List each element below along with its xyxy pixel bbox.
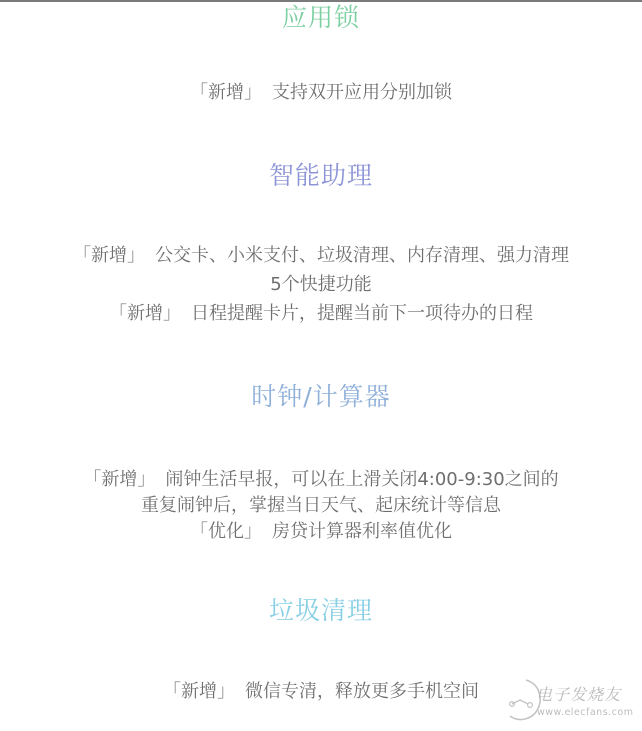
change-text: 闹钟生活早报，可以在上滑关闭4:00-9:30之间的 [165,469,558,490]
change-text: 重复闹钟后，掌握当日天气、起床统计等信息 [141,495,501,516]
changelog-line: 「优化」房贷计算器利率值优化 [0,520,642,544]
changelog-line: 「新增」支持双开应用分别加锁 [0,81,642,105]
watermark-brand: 电子发烧友 [536,682,621,705]
change-tag: 「新增」 [73,245,145,266]
section-title-cleaner: 垃圾清理 [0,596,642,626]
watermark: 电子发烧友 www.elecfans.com [500,672,642,731]
change-tag: 「新增」 [109,303,181,324]
change-text: 微信专清，释放更多手机空间 [245,681,479,702]
change-text: 公交卡、小米支付、垃圾清理、内存清理、强力清理 [155,245,569,266]
section-title-smart-assistant: 智能助理 [0,161,642,191]
change-tag: 「新增」 [83,469,155,490]
watermark-url: www.elecfans.com [537,707,633,718]
change-text: 日程提醒卡片，提醒当前下一项待办的日程 [191,303,533,324]
changelog-line: 「新增」日程提醒卡片，提醒当前下一项待办的日程 [0,302,642,326]
section-title-clock-calculator: 时钟/计算器 [0,382,642,412]
changelog-line: 「新增」公交卡、小米支付、垃圾清理、内存清理、强力清理 [0,244,642,268]
changelog-line: 「新增」闹钟生活早报，可以在上滑关闭4:00-9:30之间的 [0,468,642,492]
change-text: 5个快捷功能 [270,274,371,295]
changelog-line: 5个快捷功能 [0,273,642,297]
change-tag: 「新增」 [190,82,262,103]
change-text: 房贷计算器利率值优化 [272,521,452,542]
top-border [0,0,642,2]
change-tag: 「新增」 [163,681,235,702]
change-tag: 「优化」 [190,521,262,542]
change-text: 支持双开应用分别加锁 [272,82,452,103]
changelog-line: 重复闹钟后，掌握当日天气、起床统计等信息 [0,494,642,518]
section-title-app-lock: 应用锁 [0,3,642,33]
